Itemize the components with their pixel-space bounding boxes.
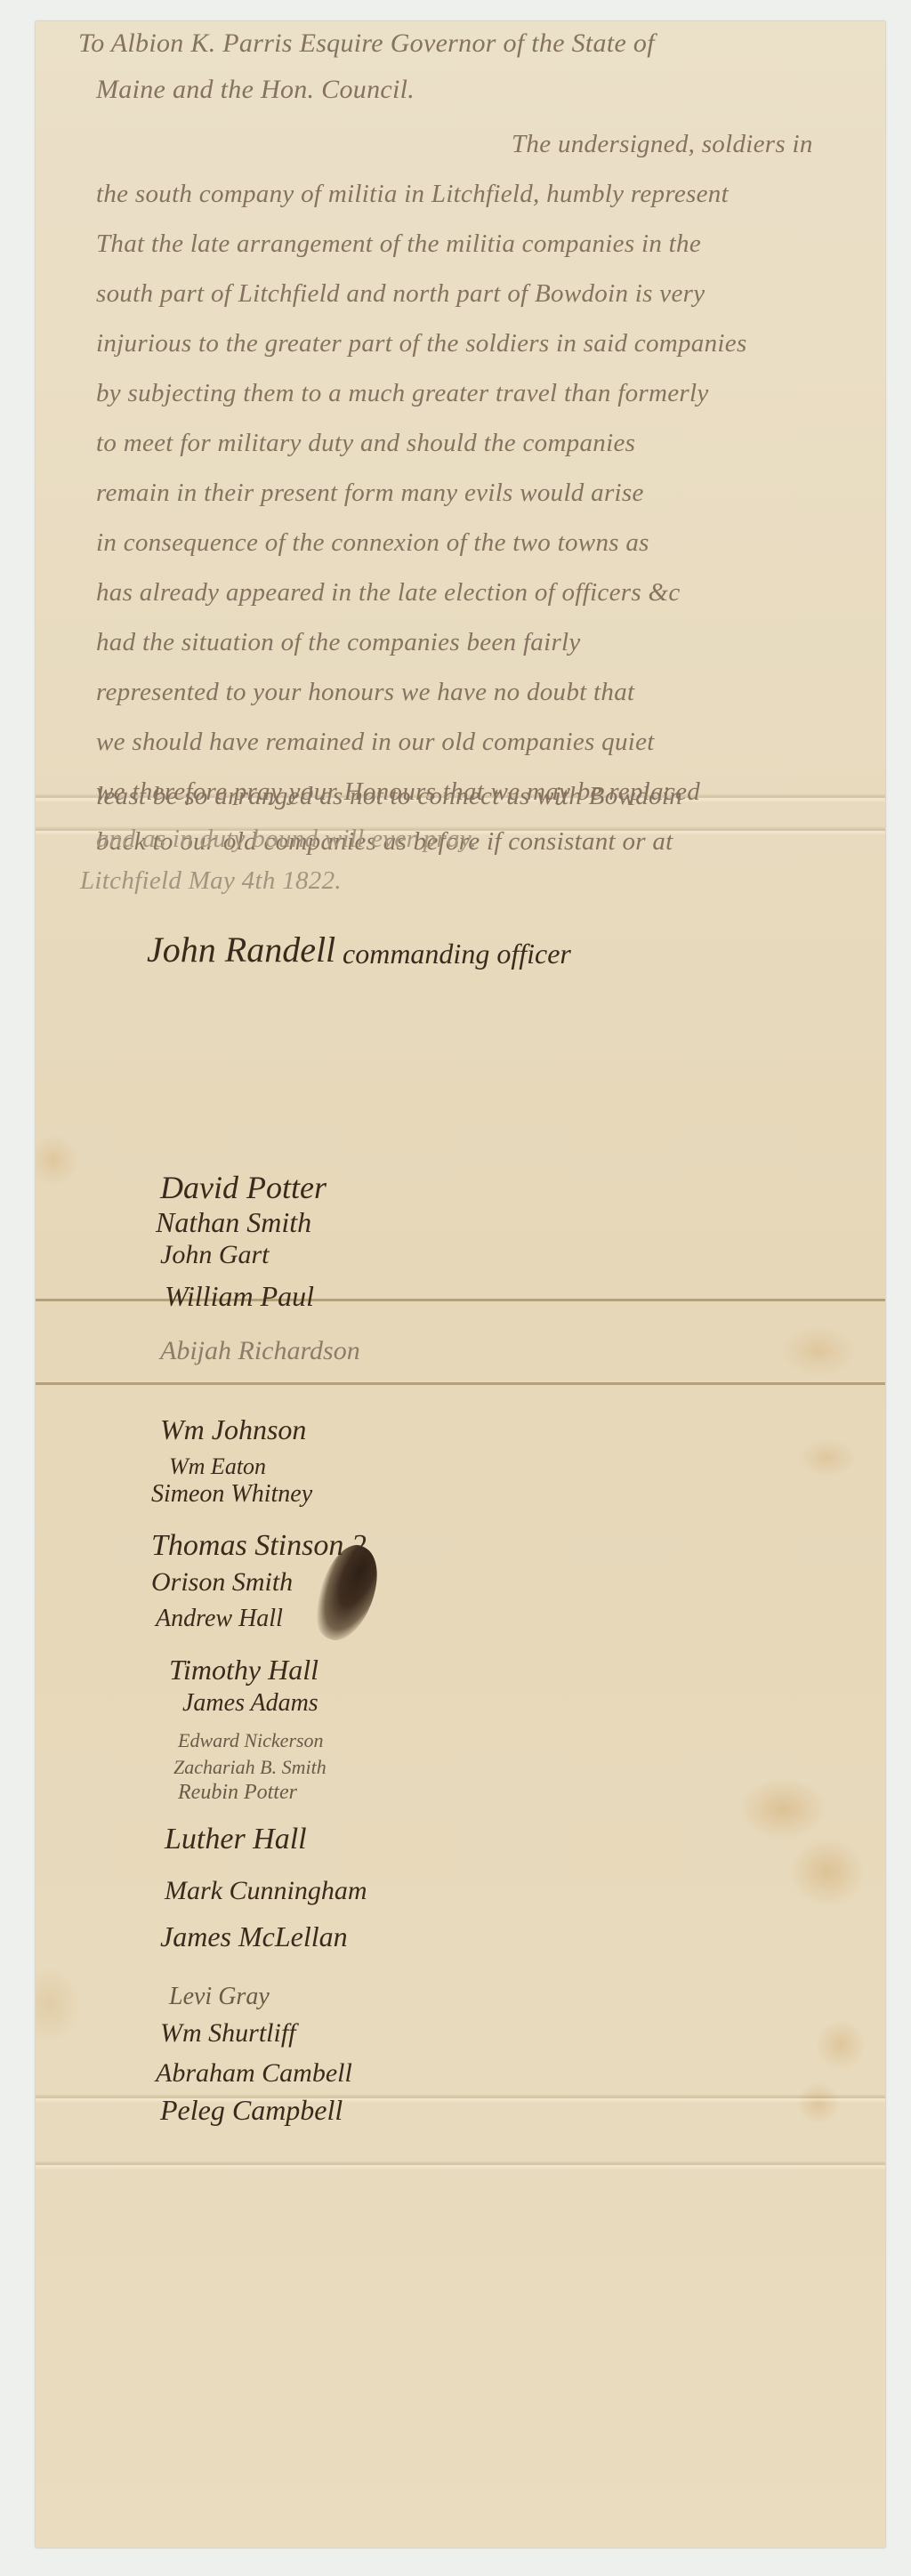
signature: Thomas Stinson 2 bbox=[151, 1529, 367, 1563]
place-date: Litchfield May 4th 1822. bbox=[80, 866, 342, 896]
signature: Levi Gray bbox=[169, 1983, 270, 2011]
signature: John Gart bbox=[160, 1240, 270, 1270]
signature: Simeon Whitney bbox=[151, 1480, 312, 1509]
signature: David Potter bbox=[160, 1169, 327, 1206]
signature: Orison Smith bbox=[151, 1567, 293, 1598]
petition-line: had the situation of the companies been … bbox=[96, 628, 581, 657]
petition-line: represented to your honours we have no d… bbox=[96, 678, 634, 707]
petition-line: has already appeared in the late electio… bbox=[96, 578, 681, 608]
petition-line: That the late arrangement of the militia… bbox=[96, 229, 701, 259]
signature: Edward Nickerson bbox=[178, 1729, 324, 1752]
petition-line: The undersigned, soldiers in bbox=[512, 130, 813, 159]
petition-line: south part of Litchfield and north part … bbox=[96, 279, 705, 309]
signature: Wm Johnson bbox=[160, 1413, 306, 1446]
fold-line bbox=[36, 1299, 885, 1301]
petition-line: least be so arranged as not to connect u… bbox=[96, 782, 682, 811]
signature: William Paul bbox=[165, 1280, 314, 1313]
signature: Andrew Hall bbox=[156, 1605, 283, 1633]
petition-line: the south company of militia in Litchfie… bbox=[96, 180, 729, 209]
signature: Abijah Richardson bbox=[160, 1336, 360, 1366]
signature: Timothy Hall bbox=[169, 1654, 318, 1686]
petition-line: by subjecting them to a much greater tra… bbox=[96, 379, 709, 408]
petition-line: in consequence of the connexion of the t… bbox=[96, 528, 649, 558]
petition-paper: To Albion K. Parris Esquire Governor of … bbox=[36, 21, 885, 2548]
petition-line: remain in their present form many evils … bbox=[96, 479, 644, 508]
fold-line bbox=[36, 2161, 885, 2169]
signature: Wm Shurtliff bbox=[160, 2018, 296, 2049]
petition-line: injurious to the greater part of the sol… bbox=[96, 329, 747, 358]
signature: Nathan Smith bbox=[156, 1206, 311, 1239]
signature: James McLellan bbox=[160, 1920, 348, 1953]
petition-line: to meet for military duty and should the… bbox=[96, 429, 635, 458]
signature: Abraham Cambell bbox=[156, 2058, 352, 2089]
fold-line bbox=[36, 1382, 885, 1385]
commanding-officer-name: John Randell bbox=[147, 929, 335, 970]
signature: Peleg Campbell bbox=[160, 2094, 343, 2127]
signature: Wm Eaton bbox=[169, 1453, 266, 1480]
petition-line: we should have remained in our old compa… bbox=[96, 728, 655, 757]
salutation-line: Maine and the Hon. Council. bbox=[96, 75, 415, 105]
signature: Luther Hall bbox=[165, 1823, 307, 1856]
signature: Reubin Potter bbox=[178, 1781, 297, 1805]
commanding-officer-title: commanding officer bbox=[343, 938, 571, 970]
signature: Zachariah B. Smith bbox=[173, 1756, 327, 1779]
signature: Mark Cunningham bbox=[165, 1876, 367, 1906]
signature: James Adams bbox=[182, 1689, 318, 1718]
salutation-line: To Albion K. Parris Esquire Governor of … bbox=[78, 28, 655, 59]
petition-line: and as in duty bound will ever pray. bbox=[96, 825, 477, 854]
